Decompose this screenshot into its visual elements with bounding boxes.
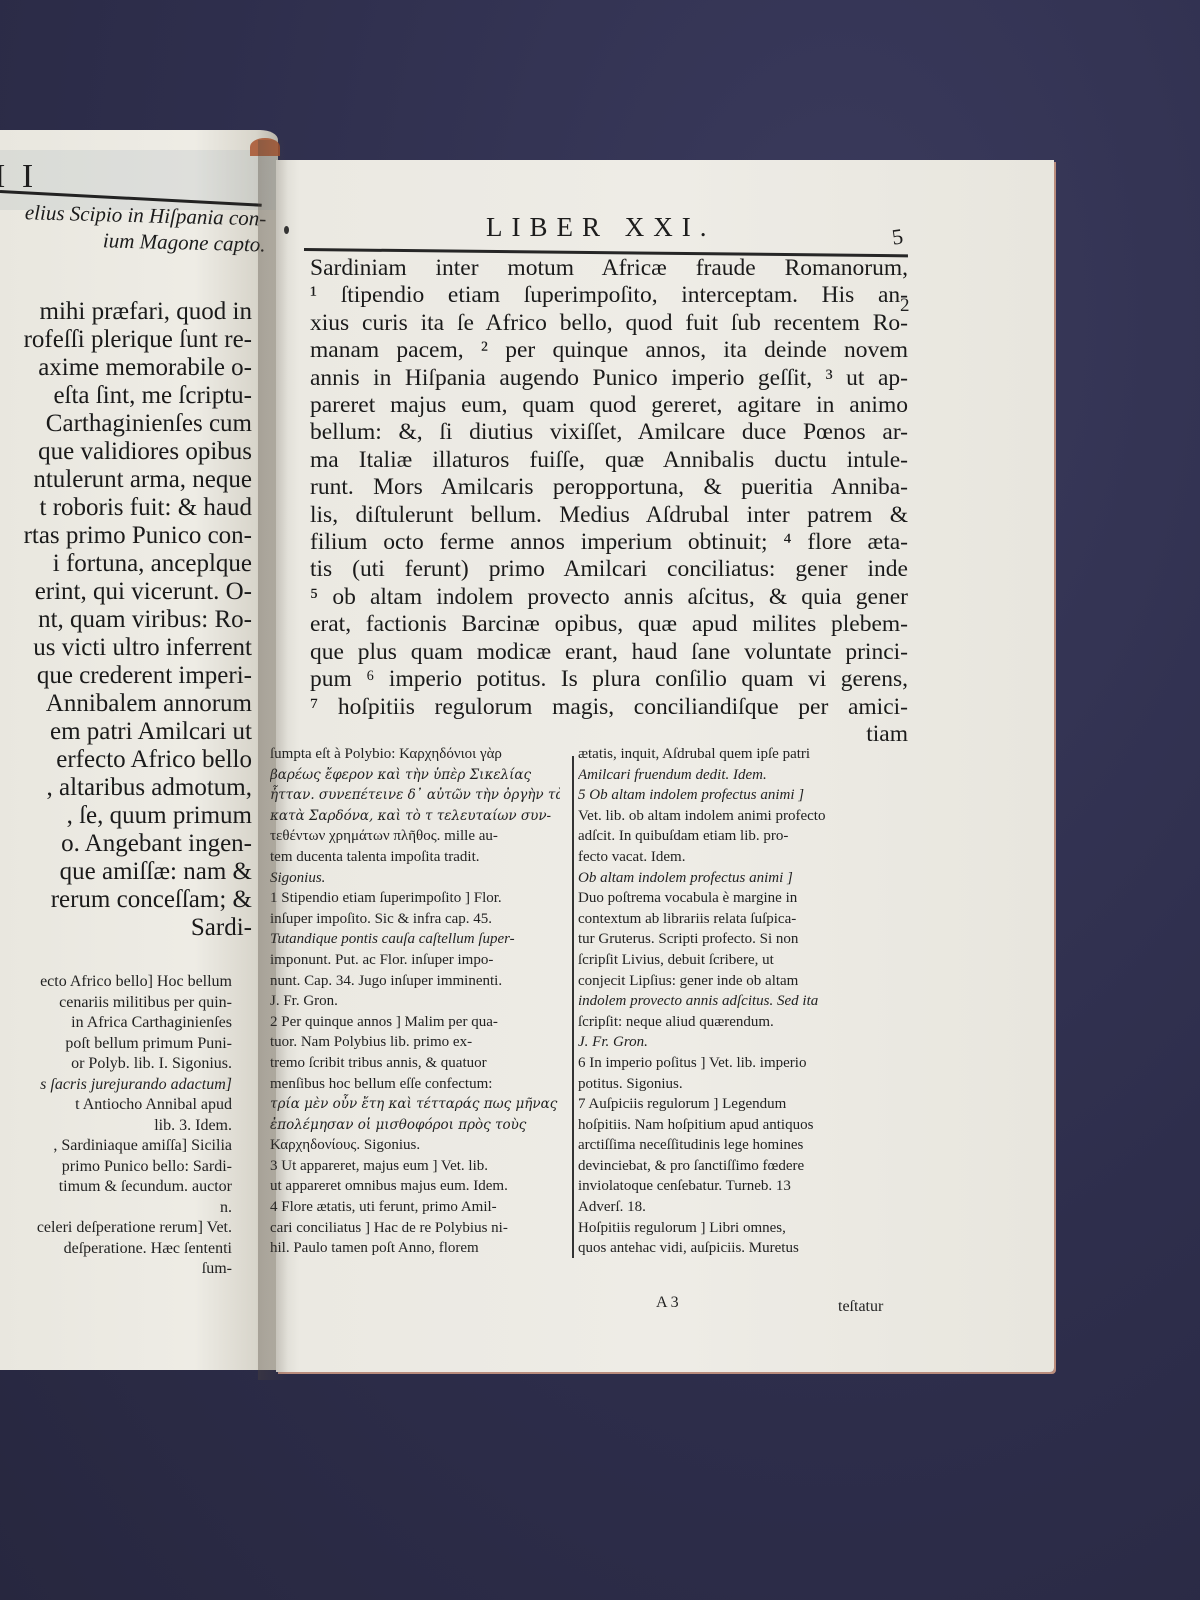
footnote-line: Adverſ. 18. <box>578 1197 898 1218</box>
text-line: t roboris fuit: & haud <box>0 494 252 522</box>
footnote-line: potitus. Sigonius. <box>578 1074 898 1095</box>
running-head-title: LIBER XXI. <box>486 212 715 243</box>
footnote-line: t Antiocho Annibal apud <box>0 1095 232 1116</box>
footnote-line: tremo ſcribit tribus annis, & quatuor <box>270 1053 560 1074</box>
signature-mark: A 3 <box>656 1294 679 1312</box>
footnote-line-greek: ἐπολέμησαν οἱ μισθοφόροι πρὸς τοὺς <box>270 1115 560 1136</box>
text-line: pareret majus eum, quam quod gereret, ag… <box>310 392 908 419</box>
footnote-line-greek: κατὰ Σαρδόνα, καὶ τὸ τ τελευταίων συν- <box>270 806 560 827</box>
text-line: ¹ ſtipendio etiam ſuperimpoſito, interce… <box>310 282 908 309</box>
footnote-line: cari conciliatus ] Hac de re Polybius ni… <box>270 1218 560 1239</box>
text-line: , ſe, quum primum <box>0 802 252 830</box>
footnote-line: lib. 3. Idem. <box>0 1116 232 1137</box>
footnote-line: quos antehac vidi, auſpiciis. Muretus <box>578 1238 898 1259</box>
text-line: , altaribus admotum, <box>0 774 252 802</box>
footnote-line: 7 Auſpiciis regulorum ] Legendum <box>578 1094 898 1115</box>
footnote-line: celeri deſperatione rerum] Vet. <box>0 1218 232 1239</box>
footnote-line: nunt. Cap. 34. Jugo inſuper imminenti. <box>270 971 560 992</box>
footnote-line: 5 Ob altam indolem profectus animi ] <box>578 785 898 806</box>
footnote-line: contextum ab librariis relata ſuſpica- <box>578 909 898 930</box>
text-line: bellum: &, ſi diutius vixiſſet, Amilcare… <box>310 419 908 446</box>
text-line: que validiores opibus <box>0 438 252 466</box>
footnote-line: indolem provecto annis adſcitus. Sed ita <box>578 991 898 1012</box>
footnote-line: cenariis militibus per quin- <box>0 993 232 1014</box>
text-line: ma Italiæ illaturos fuiſſe, quæ Annibali… <box>310 447 908 474</box>
text-line: filium octo ferme annos imperium obtinui… <box>310 529 908 556</box>
text-line: ntulerunt arma, neque <box>0 466 252 494</box>
footnote-line: 6 In imperio poſitus ] Vet. lib. imperio <box>578 1053 898 1074</box>
footnote-line: tem ducenta talenta impoſita tradit. <box>270 847 560 868</box>
catchword: teſtatur <box>838 1298 883 1316</box>
footnote-line: Duo poſtrema vocabula è margine in <box>578 888 898 909</box>
footnote-line: hil. Paulo tamen poſt Anno, florem <box>270 1238 560 1259</box>
footnote-line: 2 Per quinque annos ] Malim per qua- <box>270 1012 560 1033</box>
text-line: ⁷ hoſpitiis regulorum magis, conciliandi… <box>310 694 908 721</box>
footnote-line: 3 Ut appareret, majus eum ] Vet. lib. <box>270 1156 560 1177</box>
gutter-shadow <box>258 140 288 1380</box>
text-line: erfecto Africo bello <box>0 746 252 774</box>
text-line: us victi ultro inferrent <box>0 634 252 662</box>
footnote-line: ſcripſit Livius, debuit ſcribere, ut <box>578 950 898 971</box>
footnotes-right-column: ætatis, inquit, Aſdrubal quem ipſe patri… <box>578 744 898 1259</box>
footnote-line: Sigonius. <box>270 868 560 889</box>
main-text: Sardiniam inter motum Africæ fraude Roma… <box>310 255 908 748</box>
footnote-line: ætatis, inquit, Aſdrubal quem ipſe patri <box>578 744 898 765</box>
text-line: Annibalem annorum <box>0 690 252 718</box>
footnote-line: s ſacris jurejurando adactum] <box>0 1075 232 1096</box>
text-line: que crederent imperi- <box>0 662 252 690</box>
footnote-line: τεθέντων χρημάτων πλῆθος. mille au- <box>270 826 560 847</box>
footnote-line: ſumpta eſt à Polybio: Καρχηδόνιοι γὰρ <box>270 744 560 765</box>
text-line: annis in Hiſpania augendo Punico imperio… <box>310 365 908 392</box>
text-line: Carthaginienſes cum <box>0 410 252 438</box>
footnote-line: menſibus hoc bellum eſſe confectum: <box>270 1074 560 1095</box>
right-page: LIBER XXI. 5 2 Sardiniam inter motum Afr… <box>276 160 1054 1372</box>
footnote-line: J. Fr. Gron. <box>578 1032 898 1053</box>
footnote-line: n. <box>0 1198 232 1219</box>
footnote-line: Ob altam indolem profectus animi ] <box>578 868 898 889</box>
text-line: erint, qui vicerunt. O- <box>0 578 252 606</box>
left-page: I I elius Scipio in Hiſpania con- ium Ma… <box>0 130 278 1370</box>
text-line: Sardi- <box>0 914 252 942</box>
footnote-line: inſuper impoſito. Sic & infra cap. 45. <box>270 909 560 930</box>
footnote-line: Tutandique pontis cauſa caſtellum ſuper- <box>270 929 560 950</box>
text-line: runt. Mors Amilcaris peropportuna, & pue… <box>310 474 908 501</box>
footnotes-left-column: ſumpta eſt à Polybio: Καρχηδόνιοι γὰρ βα… <box>270 744 560 1259</box>
text-line: manam pacem, ² per quinque annos, ita de… <box>310 337 908 364</box>
left-body-text: mihi præfari, quod in rofeſſi plerique ſ… <box>0 298 252 942</box>
footnote-column-rule <box>572 756 574 1258</box>
footnote-line: poſt bellum primum Puni- <box>0 1034 232 1055</box>
footnote-line: Hoſpitiis regulorum ] Libri omnes, <box>578 1218 898 1239</box>
text-line: que amiſſæ: nam & <box>0 858 252 886</box>
footnote-line: adſcit. In quibuſdam etiam lib. pro- <box>578 826 898 847</box>
footnote-line: imponunt. Put. ac Flor. inſuper impo- <box>270 950 560 971</box>
text-line: eſta ſint, me ſcriptu- <box>0 382 252 410</box>
footnote-line: Καρχηδονίους. Sigonius. <box>270 1135 560 1156</box>
text-line: pum ⁶ imperio potitus. Is plura conſilio… <box>310 666 908 693</box>
footnote-line: arctiſſima neceſſitudinis lege homines <box>578 1135 898 1156</box>
footnote-line: ecto Africo bello] Hoc bellum <box>0 972 232 993</box>
footnote-line: ſcripſit: neque aliud quærendum. <box>578 1012 898 1033</box>
footnote-line-greek: τρία μὲν οὖν ἔτη καὶ τέτταράς πως μῆνας <box>270 1094 560 1115</box>
text-line: i fortuna, anceplque <box>0 550 252 578</box>
text-line: nt, quam viribus: Ro- <box>0 606 252 634</box>
footnote-line: fecto vacat. Idem. <box>578 847 898 868</box>
footnote-line: inviolatoque cenſebatur. Turneb. 13 <box>578 1176 898 1197</box>
text-line: xius curis ita ſe Africo bello, quod fui… <box>310 310 908 337</box>
footnote-line: 4 Flore ætatis, uti ferunt, primo Amil- <box>270 1197 560 1218</box>
footnote-line: tur Gruterus. Scripti profecto. Si non <box>578 929 898 950</box>
text-line: o. Angebant ingen- <box>0 830 252 858</box>
text-line: em patri Amilcari ut <box>0 718 252 746</box>
footnote-line: timum & ſecundum. auctor <box>0 1177 232 1198</box>
text-line: Sardiniam inter motum Africæ fraude Roma… <box>310 255 908 282</box>
text-line: rerum conceſſam; & <box>0 886 252 914</box>
footnote-line: hoſpitiis. Nam hoſpitium apud antiquos <box>578 1115 898 1136</box>
footnote-line: or Polyb. lib. I. Sigonius. <box>0 1054 232 1075</box>
page-number: 5 <box>890 223 905 250</box>
footnote-line: primo Punico bello: Sardi- <box>0 1157 232 1178</box>
footnote-line: Amilcari fruendum dedit. Idem. <box>578 765 898 786</box>
footnote-line: in Africa Carthaginienſes <box>0 1013 232 1034</box>
text-line: tis (uti ferunt) primo Amilcari concilia… <box>310 556 908 583</box>
footnote-line: tuor. Nam Polybius lib. primo ex- <box>270 1032 560 1053</box>
footnote-line: deſperatione. Hæc ſententi <box>0 1239 232 1260</box>
left-footnotes: ecto Africo bello] Hoc bellum cenariis m… <box>0 972 232 1280</box>
text-line: rofeſſi plerique ſunt re- <box>0 326 252 354</box>
footnote-line-greek: βαρέως ἔφερον καὶ τὴν ὑπὲρ Σικελίας <box>270 765 560 786</box>
footnote-line: , Sardiniaque amiſſa] Sicilia <box>0 1136 232 1157</box>
left-chapter-summary: elius Scipio in Hiſpania con- ium Magone… <box>0 198 267 257</box>
text-line: rtas primo Punico con- <box>0 522 252 550</box>
text-line: ⁵ ob altam indolem provecto annis aſcitu… <box>310 584 908 611</box>
footnote-line: 1 Stipendio etiam ſuperimpoſito ] Flor. <box>270 888 560 909</box>
footnote-line: ſum- <box>0 1259 232 1280</box>
footnote-line: J. Fr. Gron. <box>270 991 560 1012</box>
text-line: erat, factionis Barcinæ opibus, quæ apud… <box>310 611 908 638</box>
footnote-line: conjecit Lipſius: gener inde ob altam <box>578 971 898 992</box>
text-line: que plus quam modicæ erant, haud ſane vo… <box>310 639 908 666</box>
footnote-line-greek: ἧτταν. συνεπέτεινε δ᾽ αὐτῶν τὴν ὀργὴν τὰ <box>270 785 560 806</box>
footnote-line: Vet. lib. ob altam indolem animi profect… <box>578 806 898 827</box>
text-line: mihi præfari, quod in <box>0 298 252 326</box>
footnote-line: ut appareret omnibus majus eum. Idem. <box>270 1176 560 1197</box>
text-line: axime memorabile o- <box>0 354 252 382</box>
text-line: lis, diſtulerunt bellum. Medius Aſdrubal… <box>310 502 908 529</box>
footnote-line: devinciebat, & pro ſanctiſſimo fœdere <box>578 1156 898 1177</box>
